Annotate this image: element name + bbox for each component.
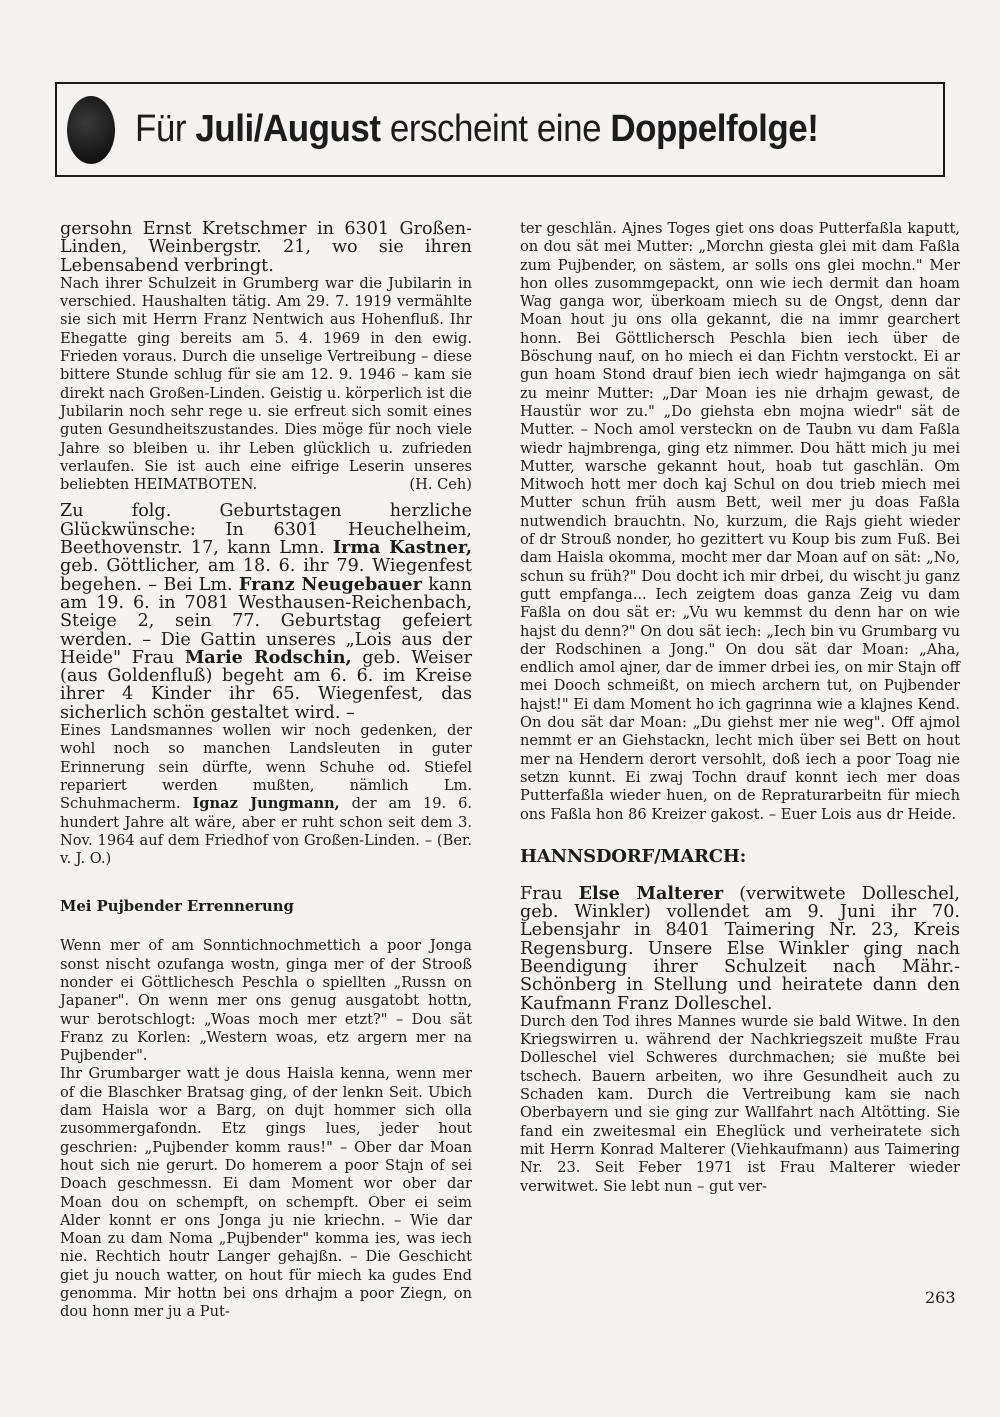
right-column: ter geschlän. Ajnes Toges giet ons doas …: [520, 220, 960, 1196]
banner-text: Für Juli/August erscheint eine Doppelfol…: [135, 108, 818, 151]
paragraph-malterer: Frau Else Malterer (verwitwete Dollesche…: [520, 885, 960, 1013]
text: (verwitwete Dolleschel, geb. Winkler) vo…: [520, 884, 960, 1014]
banner-month: Juli/August: [195, 108, 380, 150]
paragraph-story-3: ter geschlän. Ajnes Toges giet ons doas …: [520, 220, 960, 824]
name-bold: Franz Neugebauer: [239, 574, 422, 595]
paragraph-widow: Durch den Tod ihres Mannes wurde sie bal…: [520, 1013, 960, 1196]
paragraph-story-1: Wenn mer of am Sonntichnochmettich a poo…: [60, 937, 472, 1065]
text: Frau: [520, 884, 579, 904]
paragraph-jubilarin-text: Nach ihrer Schulzeit in Grumberg war die…: [60, 275, 472, 493]
paragraph-story-2: Ihr Grumbarger watt je dous Haisla kenna…: [60, 1065, 472, 1321]
section-heading-hannsdorf: HANNSDORF/MARCH:: [520, 846, 960, 867]
section-heading-pujbender: Mei Pujbender Errennerung: [60, 898, 472, 915]
paragraph-birthdays: Zu folg. Geburtstagen herzliche Glückwün…: [60, 502, 472, 722]
page-number: 263: [925, 1288, 956, 1307]
paragraph-kretschmer: gersohn Ernst Kretschmer in 6301 Großen-…: [60, 220, 472, 275]
banner-prefix: Für: [135, 108, 195, 150]
left-column: gersohn Ernst Kretschmer in 6301 Großen-…: [60, 220, 472, 1322]
banner-doppelfolge: Doppelfolge!: [610, 108, 818, 150]
name-bold: Irma Kastner,: [333, 537, 472, 558]
banner-middle: erscheint eine: [381, 108, 611, 150]
black-circle-icon: [67, 96, 115, 164]
paragraph-jubilarin: Nach ihrer Schulzeit in Grumberg war die…: [60, 275, 472, 495]
name-bold: Ignaz Jungmann,: [192, 795, 339, 812]
announcement-banner: Für Juli/August erscheint eine Doppelfol…: [55, 82, 945, 177]
name-bold: Else Malterer: [579, 883, 724, 904]
paragraph-memorial: Eines Landsmannes wollen wir noch gedenk…: [60, 722, 472, 868]
signature: (H. Ceh): [409, 476, 472, 494]
name-bold: Marie Rodschin,: [185, 647, 352, 668]
